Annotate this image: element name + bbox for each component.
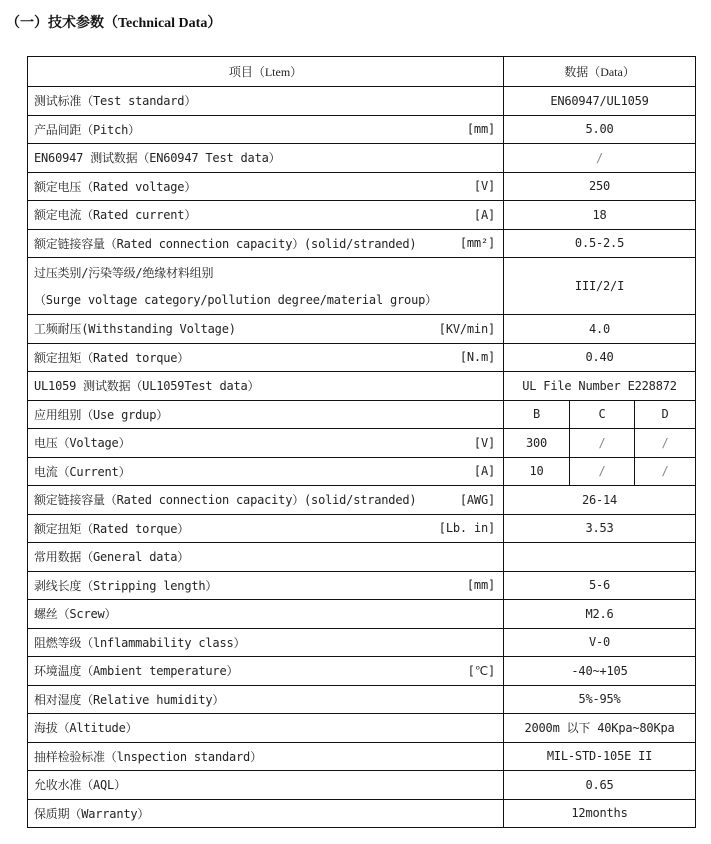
row-item-label: 允收水准（AQL） [34, 776, 497, 793]
table-row: 额定扭矩（Rated torque）[N.m]0.40 [28, 343, 696, 372]
row-item-label: 额定扭矩（Rated torque） [34, 520, 497, 537]
row-item-cell: 常用数据（General data） [28, 543, 504, 572]
row-item-cell: 额定扭矩（Rated torque）[N.m] [28, 343, 504, 372]
table-row: 电流（Current）[A]10// [28, 457, 696, 486]
row-item-label: 抽样检验标准（lnspection standard） [34, 748, 497, 765]
table-row: 产品间距（Pitch）[mm]5.00 [28, 115, 696, 144]
row-value-cell: 12months [504, 799, 696, 828]
row-unit: [℃] [468, 664, 495, 678]
row-item-cell: 测试标准（Test standard） [28, 87, 504, 116]
table-row: 剥线长度（Stripping length）[mm]5-6 [28, 571, 696, 600]
table-row: 允收水准（AQL）0.65 [28, 771, 696, 800]
table-row: 工频耐压(Withstanding Voltage)[KV/min]4.0 [28, 315, 696, 344]
table-row: UL1059 测试数据（UL1059Test data）UL File Numb… [28, 372, 696, 401]
row-item-cell: 保质期（Warranty） [28, 799, 504, 828]
row-value-cell: / [504, 144, 696, 173]
row-value-cell: MIL-STD-105E II [504, 742, 696, 771]
row-item-cell: 应用组别（Use grdup） [28, 400, 504, 429]
row-item-label: 额定电流（Rated current） [34, 206, 497, 223]
row-item-label: 额定链接容量（Rated connection capacity）(solid/… [34, 491, 497, 508]
row-item-label: 过压类别/污染等级/绝缘材料组别 [34, 264, 497, 281]
table-row: 测试标准（Test standard）EN60947/UL1059 [28, 87, 696, 116]
row-item-label: 相对湿度（Relative humidity） [34, 691, 497, 708]
row-value-cell: EN60947/UL1059 [504, 87, 696, 116]
row-value-cell: M2.6 [504, 600, 696, 629]
row-value-cell: 3.53 [504, 514, 696, 543]
row-item-cell: 螺丝（Screw） [28, 600, 504, 629]
row-item-cell: 抽样检验标准（lnspection standard） [28, 742, 504, 771]
table-row: EN60947 测试数据（EN60947 Test data）/ [28, 144, 696, 173]
table-row: 螺丝（Screw）M2.6 [28, 600, 696, 629]
row-unit: [mm²] [460, 236, 495, 250]
row-item-cell: 电流（Current）[A] [28, 457, 504, 486]
table-row: 海拔（Altitude）2000m 以下 40Kpa~80Kpa [28, 714, 696, 743]
table-row: 额定扭矩（Rated torque）[Lb. in]3.53 [28, 514, 696, 543]
row-item-label: UL1059 测试数据（UL1059Test data） [34, 377, 497, 394]
table-row: 过压类别/污染等级/绝缘材料组别（Surge voltage category/… [28, 258, 696, 315]
technical-data-table: 项目（Ltem） 数据（Data） 测试标准（Test standard）EN6… [27, 56, 696, 828]
row-item-label: 电流（Current） [34, 463, 497, 480]
row-value-cell: 5.00 [504, 115, 696, 144]
row-value-cell: 5-6 [504, 571, 696, 600]
row-item-label: 额定扭矩（Rated torque） [34, 349, 497, 366]
row-unit: [V] [474, 179, 495, 193]
row-unit: [KV/min] [439, 322, 495, 336]
row-unit: [mm] [467, 122, 495, 136]
row-value-cell: 5%-95% [504, 685, 696, 714]
row-value-cell: 2000m 以下 40Kpa~80Kpa [504, 714, 696, 743]
row-item-label: 测试标准（Test standard） [34, 92, 497, 109]
row-value-cell: 26-14 [504, 486, 696, 515]
table-row: 阻燃等级（lnflammability class）V-0 [28, 628, 696, 657]
table-row: 额定链接容量（Rated connection capacity）(solid/… [28, 486, 696, 515]
row-item-cell: 产品间距（Pitch）[mm] [28, 115, 504, 144]
row-item-cell: 工频耐压(Withstanding Voltage)[KV/min] [28, 315, 504, 344]
row-item-label: 额定电压（Rated voltage） [34, 178, 497, 195]
row-unit: [V] [474, 436, 495, 450]
row-item-label: 常用数据（General data） [34, 548, 497, 565]
table-row: 额定电流（Rated current）[A]18 [28, 201, 696, 230]
row-item-cell: 过压类别/污染等级/绝缘材料组别（Surge voltage category/… [28, 258, 504, 315]
row-item-label: 阻燃等级（lnflammability class） [34, 634, 497, 651]
row-unit: [AWG] [460, 493, 495, 507]
row-value-cell: III/2/I [504, 258, 696, 315]
row-value-cell: 0.5-2.5 [504, 229, 696, 258]
row-item-label: 环境温度（Ambient temperature） [34, 662, 497, 679]
row-value-cell: UL File Number E228872 [504, 372, 696, 401]
row-item-cell: 海拔（Altitude） [28, 714, 504, 743]
row-value-cell: / [635, 429, 696, 458]
row-unit: [mm] [467, 578, 495, 592]
row-item-cell: 允收水准（AQL） [28, 771, 504, 800]
row-value-cell: 0.40 [504, 343, 696, 372]
row-item-cell: 相对湿度（Relative humidity） [28, 685, 504, 714]
row-item-label: 额定链接容量（Rated connection capacity）(solid/… [34, 235, 497, 252]
row-item-label: 产品间距（Pitch） [34, 121, 497, 138]
table-row: 电压（Voltage）[V]300// [28, 429, 696, 458]
row-unit: [A] [474, 464, 495, 478]
row-value-cell: / [570, 457, 635, 486]
row-unit: [A] [474, 208, 495, 222]
row-value-cell: 250 [504, 172, 696, 201]
table-row: 抽样检验标准（lnspection standard）MIL-STD-105E … [28, 742, 696, 771]
row-value-cell: -40~+105 [504, 657, 696, 686]
table-row: 额定链接容量（Rated connection capacity）(solid/… [28, 229, 696, 258]
row-value-cell: 300 [504, 429, 570, 458]
row-item-label: 电压（Voltage） [34, 434, 497, 451]
row-item-cell: 额定电压（Rated voltage）[V] [28, 172, 504, 201]
row-item-cell: UL1059 测试数据（UL1059Test data） [28, 372, 504, 401]
header-data: 数据（Data） [504, 57, 696, 87]
row-value-cell: D [635, 400, 696, 429]
row-item-cell: EN60947 测试数据（EN60947 Test data） [28, 144, 504, 173]
row-item-label: 工频耐压(Withstanding Voltage) [34, 320, 497, 337]
row-item-label: 海拔（Altitude） [34, 719, 497, 736]
row-item-label: 螺丝（Screw） [34, 605, 497, 622]
row-item-label-line2: （Surge voltage category/pollution degree… [34, 291, 497, 308]
table-row: 应用组别（Use grdup）BCD [28, 400, 696, 429]
table-header-row: 项目（Ltem） 数据（Data） [28, 57, 696, 87]
row-item-cell: 额定扭矩（Rated torque）[Lb. in] [28, 514, 504, 543]
row-item-cell: 额定链接容量（Rated connection capacity）(solid/… [28, 486, 504, 515]
row-item-label: 保质期（Warranty） [34, 805, 497, 822]
row-item-label: EN60947 测试数据（EN60947 Test data） [34, 149, 497, 166]
row-value-cell: B [504, 400, 570, 429]
row-item-cell: 剥线长度（Stripping length）[mm] [28, 571, 504, 600]
row-value-cell: 10 [504, 457, 570, 486]
section-title: （一）技术参数（Technical Data） [6, 12, 221, 32]
row-item-cell: 电压（Voltage）[V] [28, 429, 504, 458]
table-row: 额定电压（Rated voltage）[V]250 [28, 172, 696, 201]
row-value-cell: / [635, 457, 696, 486]
row-unit: [Lb. in] [439, 521, 495, 535]
table-row: 保质期（Warranty）12months [28, 799, 696, 828]
row-item-cell: 阻燃等级（lnflammability class） [28, 628, 504, 657]
table-row: 相对湿度（Relative humidity）5%-95% [28, 685, 696, 714]
row-item-cell: 环境温度（Ambient temperature）[℃] [28, 657, 504, 686]
row-value-cell: 0.65 [504, 771, 696, 800]
row-item-cell: 额定链接容量（Rated connection capacity）(solid/… [28, 229, 504, 258]
row-unit: [N.m] [460, 350, 495, 364]
row-item-cell: 额定电流（Rated current）[A] [28, 201, 504, 230]
row-value-cell: C [570, 400, 635, 429]
row-value-cell: 4.0 [504, 315, 696, 344]
row-value-cell: V-0 [504, 628, 696, 657]
table-row: 常用数据（General data） [28, 543, 696, 572]
row-value-cell [504, 543, 696, 572]
row-value-cell: / [570, 429, 635, 458]
row-value-cell: 18 [504, 201, 696, 230]
header-item: 项目（Ltem） [28, 57, 504, 87]
row-item-label: 剥线长度（Stripping length） [34, 577, 497, 594]
row-item-label: 应用组别（Use grdup） [34, 406, 497, 423]
table-row: 环境温度（Ambient temperature）[℃]-40~+105 [28, 657, 696, 686]
